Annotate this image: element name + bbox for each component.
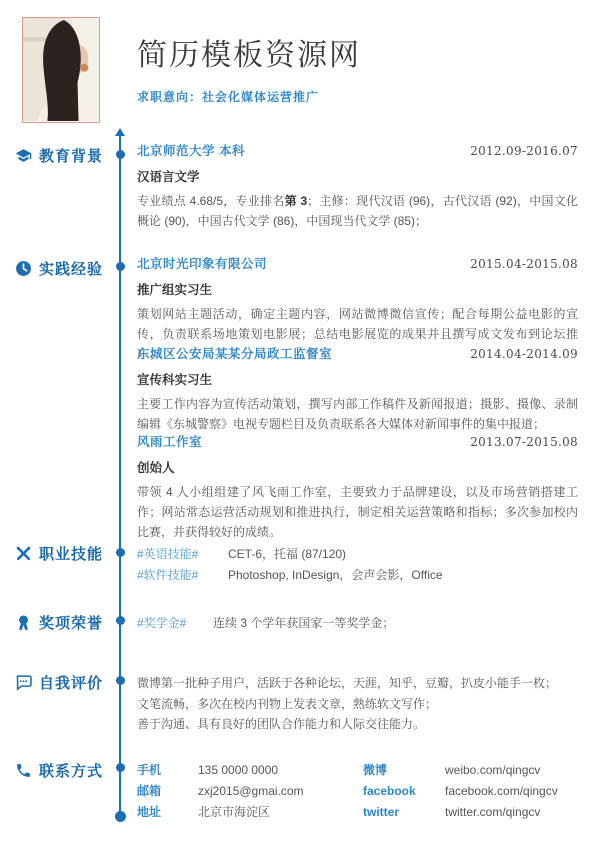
education-detail-rank: 第 3 — [285, 194, 308, 208]
experience-date: 2014.04-2014.09 — [470, 345, 578, 363]
medal-icon — [15, 614, 32, 631]
contact-value-facebook: facebook.com/qingcv — [445, 781, 558, 802]
education-date: 2012.09-2016.07 — [470, 142, 578, 160]
contact-grid: 手机 135 0000 0000 微博 weibo.com/qingcv 邮箱 … — [137, 760, 578, 823]
experience-entry: 风雨工作室 2013.07-2015.08 创始人 带领 4 人小组组建了风飞雨… — [137, 433, 578, 542]
contact-label-facebook: facebook — [363, 781, 445, 802]
resume-page: 简历模板资源网 求职意向：社会化媒体运营推广 教育背景 北京师范大学 本科 20… — [0, 0, 600, 848]
skill-row: #英语技能# CET-6，托福 (87/120) — [137, 544, 578, 565]
timeline-dot-skills — [116, 548, 125, 557]
portrait-illustration — [23, 18, 99, 121]
section-title: 奖项荣誉 — [39, 612, 103, 633]
job-objective: 求职意向：社会化媒体运营推广 — [137, 88, 319, 105]
evaluation-body: 微博第一批种子用户，活跃于各种论坛，天涯，知乎，豆瓣，扒皮小能手一枚； 文笔流畅… — [137, 673, 578, 735]
phone-icon — [15, 762, 32, 779]
contact-value-phone: 135 0000 0000 — [198, 760, 363, 781]
job-description: 带领 4 人小组组建了风飞雨工作室，主要致力于品牌建设，以及市场营销搭建工作；网… — [137, 482, 578, 542]
contact-value-address: 北京市海淀区 — [198, 802, 363, 823]
contact-label-weibo: 微博 — [363, 760, 445, 781]
graduation-cap-icon — [15, 147, 32, 164]
skill-tag: #软件技能# — [137, 565, 228, 586]
timeline-end-dot — [115, 811, 126, 822]
job-title: 推广组实习生 — [137, 281, 578, 299]
contact-row: 邮箱 zxj2015@gmai.com facebook facebook.co… — [137, 781, 578, 802]
section-title: 教育背景 — [39, 145, 103, 166]
timeline-dot-contact — [116, 763, 125, 772]
contact-label-twitter: twitter — [363, 802, 445, 823]
timeline-dot-evaluation — [116, 676, 125, 685]
profile-photo — [22, 17, 100, 123]
contact-value-email: zxj2015@gmai.com — [198, 781, 363, 802]
contact-row: 手机 135 0000 0000 微博 weibo.com/qingcv — [137, 760, 578, 781]
page-title: 简历模板资源网 — [137, 30, 361, 74]
contact-row: 地址 北京市海淀区 twitter twitter.com/qingcv — [137, 802, 578, 823]
school-name: 北京师范大学 本科 — [137, 142, 245, 160]
education-entry: 北京师范大学 本科 2012.09-2016.07 汉语言文学 专业绩点 4.6… — [137, 142, 578, 231]
section-header-education: 教育背景 — [15, 145, 103, 166]
major: 汉语言文学 — [137, 168, 578, 186]
experience-entry: 东城区公安局某某分局政工监督室 2014.04-2014.09 宣传科实习生 主… — [137, 345, 578, 434]
section-header-evaluation: 自我评价 — [15, 672, 103, 693]
section-title: 实践经验 — [39, 258, 103, 279]
award-tag: #奖学金# — [137, 613, 213, 634]
tools-icon — [15, 545, 32, 562]
experience-date: 2013.07-2015.08 — [470, 433, 578, 451]
contact-label-email: 邮箱 — [137, 781, 198, 802]
section-title: 联系方式 — [39, 760, 103, 781]
timeline-dot-experience — [116, 262, 125, 271]
company-name: 风雨工作室 — [137, 433, 202, 451]
section-title: 职业技能 — [39, 543, 103, 564]
awards-list: #奖学金# 连续 3 个学年获国家一等奖学金； — [137, 613, 578, 634]
section-title: 自我评价 — [39, 672, 103, 693]
job-title: 宣传科实习生 — [137, 371, 578, 389]
job-title: 创始人 — [137, 459, 578, 477]
skills-list: #英语技能# CET-6，托福 (87/120) #软件技能# Photosho… — [137, 544, 578, 586]
contact-label-phone: 手机 — [137, 760, 198, 781]
skill-row: #软件技能# Photoshop, InDesign，会声会影，Office — [137, 565, 578, 586]
section-header-experience: 实践经验 — [15, 258, 103, 279]
timeline-line — [119, 136, 121, 818]
company-name: 东城区公安局某某分局政工监督室 — [137, 345, 332, 363]
section-header-skills: 职业技能 — [15, 543, 103, 564]
education-detail-text: 专业绩点 4.68/5，专业排名 — [137, 194, 285, 208]
experience-date: 2015.04-2015.08 — [470, 255, 578, 273]
award-value: 连续 3 个学年获国家一等奖学金； — [213, 613, 394, 634]
evaluation-line: 微博第一批种子用户，活跃于各种论坛，天涯，知乎，豆瓣，扒皮小能手一枚； — [137, 673, 578, 694]
contact-value-twitter: twitter.com/qingcv — [445, 802, 540, 823]
timeline-arrow-icon — [115, 128, 125, 136]
skill-value: Photoshop, InDesign，会声会影，Office — [228, 565, 443, 586]
company-name: 北京时光印象有限公司 — [137, 255, 267, 273]
section-header-awards: 奖项荣誉 — [15, 612, 103, 633]
job-description: 主要工作内容为宣传活动策划，撰写内部工作稿件及新闻报道；摄影、摄像、录制编辑《东… — [137, 394, 578, 434]
skill-value: CET-6，托福 (87/120) — [228, 544, 346, 565]
contact-value-weibo: weibo.com/qingcv — [445, 760, 540, 781]
evaluation-line: 文笔流畅，多次在校内刊物上发表文章，熟练软文写作； — [137, 694, 578, 715]
education-entry-head: 北京师范大学 本科 2012.09-2016.07 — [137, 142, 578, 160]
section-header-contact: 联系方式 — [15, 760, 103, 781]
comment-icon — [15, 674, 32, 691]
timeline-dot-awards — [116, 616, 125, 625]
timeline-dot-education — [116, 150, 125, 159]
education-detail: 专业绩点 4.68/5，专业排名第 3；主修：现代汉语 (96)，古代汉语 (9… — [137, 191, 578, 231]
evaluation-line: 善于沟通、具有良好的团队合作能力和人际交往能力。 — [137, 714, 578, 735]
award-row: #奖学金# 连续 3 个学年获国家一等奖学金； — [137, 613, 578, 634]
skill-tag: #英语技能# — [137, 544, 228, 565]
contact-label-address: 地址 — [137, 802, 198, 823]
clock-icon — [15, 260, 32, 277]
